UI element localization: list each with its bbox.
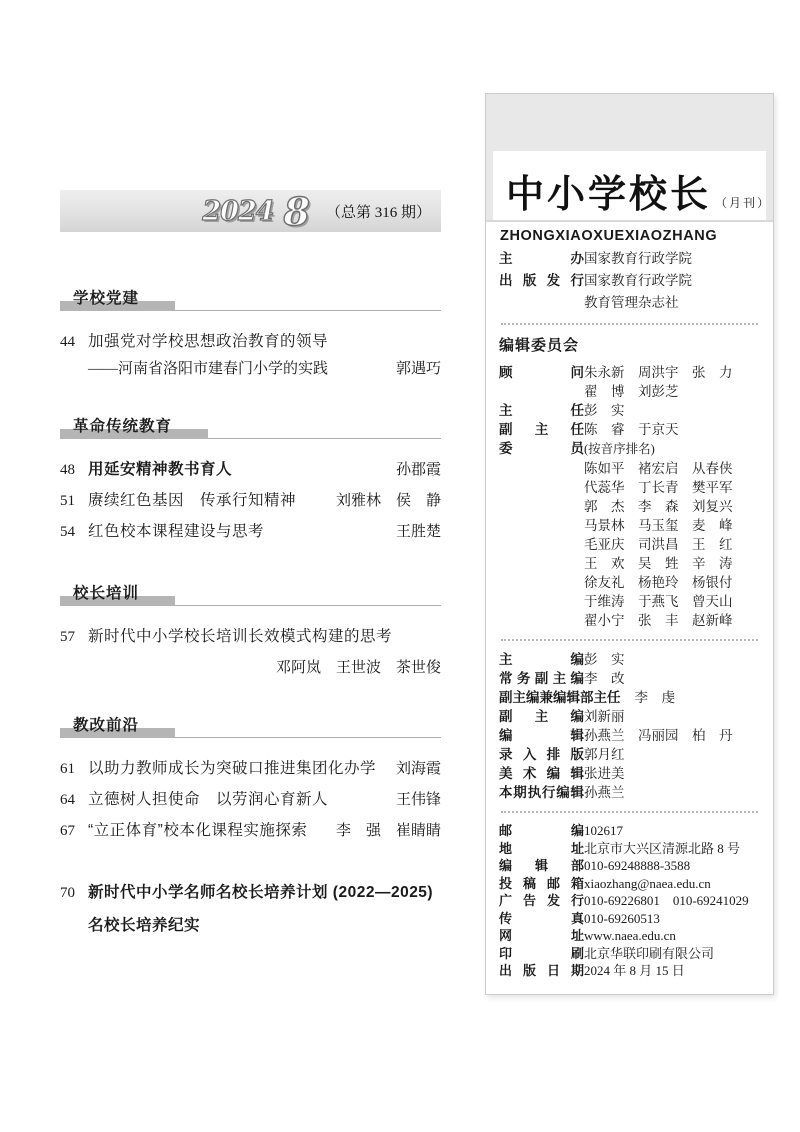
- imprint-row: 邮编 102617: [499, 822, 760, 840]
- committee-row: 翟 博 刘彭芝: [499, 382, 760, 401]
- field-value: 张进美: [584, 764, 625, 783]
- field-label: 地址: [499, 840, 584, 858]
- section-rule: [208, 438, 441, 439]
- field-value: 102617: [584, 822, 623, 840]
- page-number: 51: [60, 492, 88, 510]
- section-rule: [175, 310, 441, 311]
- article-title: “立正体育”校本化课程实施探索: [88, 822, 328, 840]
- field-label: 委员: [499, 439, 584, 458]
- field-label: 出版日期: [499, 962, 584, 980]
- toc-entry: 51 赓续红色基因 传承行知精神 刘雅林 侯 静: [60, 492, 441, 510]
- issue-year: 2024: [202, 196, 273, 227]
- committee-row: 主任 彭 实: [499, 401, 760, 420]
- field-label: 印刷: [499, 945, 584, 963]
- toc-entry: 67 “立正体育”校本化课程实施探索 李 强 崔睛睛: [60, 822, 441, 840]
- section-title: 学校党建: [60, 286, 175, 311]
- field-value: 北京市大兴区清源北路 8 号: [584, 840, 740, 858]
- publisher-row: 出版发行 国家教育行政学院: [499, 270, 760, 292]
- toc-entry: 54 红色校本课程建设与思考 王胜楚: [60, 523, 441, 541]
- section-items: 48 用延安精神教书育人 孙郡霞 51 赓续红色基因 传承行知精神 刘雅林 侯 …: [60, 461, 441, 541]
- section-title: 革命传统教育: [60, 414, 208, 439]
- section-rule: [175, 605, 441, 606]
- field-value: 孙燕兰 冯丽园 柏 丹: [584, 726, 733, 745]
- dotted-divider: [501, 811, 758, 813]
- page-number: 54: [60, 523, 88, 541]
- sorting-note: (按音序排名): [584, 440, 655, 459]
- member-row: 陈如平 褚宏启 从春侠: [584, 459, 760, 478]
- editors-block: 主编 彭 实 常务副主编 李 改 副主编兼编辑部主任 李 虔 副主编 刘新丽 编…: [499, 650, 760, 802]
- article-title-line2: 名校长培养纪实: [88, 913, 441, 935]
- article-title: 赓续红色基因 传承行知精神: [88, 492, 328, 510]
- field-label: 编辑部: [499, 857, 584, 875]
- issue-banner: 2024 8 （总第 316 期）: [60, 190, 441, 232]
- field-label: 美术编辑: [499, 764, 584, 783]
- field-label: 录入排版: [499, 745, 584, 764]
- masthead-panel: 中小学校长 （月刊） ZHONGXIAOXUEXIAOZHANG 主办 国家教育…: [485, 93, 774, 995]
- editor-row: 常务副主编 李 改: [499, 669, 760, 688]
- field-value: 010-69260513: [584, 910, 660, 928]
- section-items: 61 以助力教师成长为突破口推进集团化办学 刘海霞 64 立德树人担使命 以劳润…: [60, 760, 441, 840]
- toc-entry: 64 立德树人担使命 以劳润心育新人 王伟锋: [60, 791, 441, 809]
- member-row: 郭 杰 李 森 刘复兴: [584, 497, 760, 516]
- field-value: 孙燕兰: [584, 783, 625, 802]
- section-header-revolutionary-tradition: 革命传统教育: [60, 414, 441, 439]
- field-label: 网址: [499, 927, 584, 945]
- imprint-row: 地址 北京市大兴区清源北路 8 号: [499, 840, 760, 858]
- field-label: 传真: [499, 910, 584, 928]
- field-label: 出版发行: [499, 270, 584, 292]
- committee-members: 陈如平 褚宏启 从春侠 代蕊华 丁长青 樊平军 郭 杰 李 森 刘复兴 马景林 …: [499, 459, 760, 630]
- imprint-row: 投稿邮箱 xiaozhang@naea.edu.cn: [499, 875, 760, 893]
- toc-entry: 61 以助力教师成长为突破口推进集团化办学 刘海霞: [60, 760, 441, 778]
- member-row: 毛亚庆 司洪昌 王 红: [584, 535, 760, 554]
- field-label: 副主任: [499, 420, 584, 439]
- cumulative-issue-note: （总第 316 期）: [326, 201, 431, 222]
- field-label: 本期执行编辑: [499, 783, 584, 802]
- article-authors: 孙郡霞: [388, 461, 441, 479]
- section-header-education-reform: 教改前沿: [60, 713, 441, 738]
- field-label: 广告发行: [499, 892, 584, 910]
- field-label: 副主编兼编辑部主任: [499, 688, 635, 707]
- imprint-row: 印刷 北京华联印刷有限公司: [499, 945, 760, 963]
- section-items: 44 加强党对学校思想政治教育的领导 ——河南省洛阳市建春门小学的实践 郭遇巧: [60, 333, 441, 378]
- article-title: 新时代中小学名师名校长培养计划 (2022—2025): [88, 884, 441, 902]
- committee-row: 副主任 陈 睿 于京天: [499, 420, 760, 439]
- article-authors: 刘雅林 侯 静: [328, 492, 441, 510]
- section-title: 教改前沿: [60, 713, 175, 738]
- field-value: www.naea.edu.cn: [584, 927, 676, 945]
- page-number: 64: [60, 791, 88, 809]
- section-title: 校长培训: [60, 581, 175, 606]
- member-row: 于维涛 于燕飞 曾天山: [584, 592, 760, 611]
- editor-row: 编辑 孙燕兰 冯丽园 柏 丹: [499, 726, 760, 745]
- committee-row: 委员 (按音序排名): [499, 439, 760, 459]
- field-value: 国家教育行政学院: [584, 248, 692, 270]
- committee-row: 顾问 朱永新 周洪宇 张 力: [499, 363, 760, 382]
- masthead-body: 主办 国家教育行政学院 出版发行 国家教育行政学院 教育管理杂志社 编辑委员会 …: [486, 248, 773, 980]
- imprint-row: 编辑部 010-69248888-3588: [499, 857, 760, 875]
- editor-row: 本期执行编辑 孙燕兰: [499, 783, 760, 802]
- article-authors: 邓阿岚 王世波 茶世俊: [268, 659, 441, 677]
- editor-row: 副主编 刘新丽: [499, 707, 760, 726]
- publisher-extra: 教育管理杂志社: [584, 292, 760, 314]
- dotted-divider: [501, 323, 758, 325]
- article-title: 新时代中小学校长培训长效模式构建的思考: [88, 628, 441, 646]
- field-value: 李 改: [584, 669, 625, 688]
- imprint-block: 邮编 102617 地址 北京市大兴区清源北路 8 号 编辑部 010-6924…: [499, 822, 760, 980]
- toc-entry: 57 新时代中小学校长培训长效模式构建的思考: [60, 628, 441, 646]
- field-value: 李 虔: [635, 688, 676, 707]
- toc-entry: 44 加强党对学校思想政治教育的领导: [60, 333, 441, 351]
- toc-entry-authors-row: 邓阿岚 王世波 茶世俊: [60, 659, 441, 677]
- imprint-row: 网址 www.naea.edu.cn: [499, 927, 760, 945]
- article-authors: 王胜楚: [388, 523, 441, 541]
- editor-row: 美术编辑 张进美: [499, 764, 760, 783]
- member-row: 翟小宁 张 丰 赵新峰: [584, 611, 760, 630]
- issue-number: 8: [284, 189, 310, 234]
- member-row: 马景林 马玉玺 麦 峰: [584, 516, 760, 535]
- field-value: 朱永新 周洪宇 张 力: [584, 363, 733, 382]
- field-value: xiaozhang@naea.edu.cn: [584, 875, 711, 893]
- field-value: 010-69226801 010-69241029: [584, 892, 749, 910]
- field-label: 主编: [499, 650, 584, 669]
- article-title: 红色校本课程建设与思考: [88, 523, 388, 541]
- field-value: 010-69248888-3588: [584, 857, 690, 875]
- committee-heading: 编辑委员会: [499, 334, 760, 355]
- section-header-party-building: 学校党建: [60, 286, 441, 311]
- field-value: 彭 实: [584, 401, 625, 420]
- toc-entry: 48 用延安精神教书育人 孙郡霞: [60, 461, 441, 479]
- imprint-row: 出版日期 2024 年 8 月 15 日: [499, 962, 760, 980]
- field-label: 常务副主编: [499, 669, 584, 688]
- special-feature-entry: 70 新时代中小学名师名校长培养计划 (2022—2025) 名校长培养纪实: [60, 884, 441, 935]
- field-label: 主任: [499, 401, 584, 420]
- masthead-top-band: 中小学校长 （月刊）: [486, 94, 773, 220]
- journal-pinyin: ZHONGXIAOXUEXIAOZHANG: [486, 222, 773, 248]
- page-number: 48: [60, 461, 88, 479]
- imprint-row: 传真 010-69260513: [499, 910, 760, 928]
- article-title: 加强党对学校思想政治教育的领导: [88, 333, 441, 351]
- publisher-row: 主办 国家教育行政学院: [499, 248, 760, 270]
- editor-row: 录入排版 郭月红: [499, 745, 760, 764]
- journal-title-block: 中小学校长 （月刊）: [493, 151, 766, 220]
- field-label: 主办: [499, 248, 584, 270]
- article-title: 以助力教师成长为突破口推进集团化办学: [88, 760, 388, 778]
- field-value: 北京华联印刷有限公司: [584, 945, 714, 963]
- editor-row: 副主编兼编辑部主任 李 虔: [499, 688, 760, 707]
- article-authors: 李 强 崔睛睛: [328, 822, 441, 840]
- member-row: 代蕊华 丁长青 樊平军: [584, 478, 760, 497]
- article-title: 立德树人担使命 以劳润心育新人: [88, 791, 388, 809]
- page-number: 70: [60, 884, 88, 902]
- article-authors: 刘海霞: [388, 760, 441, 778]
- field-value: 2024 年 8 月 15 日: [584, 962, 685, 980]
- toc-column: 2024 8 （总第 316 期） 学校党建 44 加强党对学校思想政治教育的领…: [60, 190, 441, 935]
- article-authors: 王伟锋: [388, 791, 441, 809]
- toc-entry-subtitle-row: ——河南省洛阳市建春门小学的实践 郭遇巧: [60, 360, 441, 378]
- member-row: 王 欢 吴 甡 辛 涛: [584, 554, 760, 573]
- section-header-principal-training: 校长培训: [60, 581, 441, 606]
- toc-entry: 70 新时代中小学名师名校长培养计划 (2022—2025): [60, 884, 441, 902]
- section-items: 57 新时代中小学校长培训长效模式构建的思考 邓阿岚 王世波 茶世俊: [60, 628, 441, 677]
- imprint-row: 广告发行 010-69226801 010-69241029: [499, 892, 760, 910]
- field-label: 投稿邮箱: [499, 875, 584, 893]
- journal-frequency: （月刊）: [715, 194, 771, 211]
- field-value: 刘新丽: [584, 707, 625, 726]
- field-label: 邮编: [499, 822, 584, 840]
- article-authors: 郭遇巧: [388, 360, 441, 378]
- field-value: 国家教育行政学院: [584, 270, 692, 292]
- field-label: 顾问: [499, 363, 584, 382]
- article-title: 用延安精神教书育人: [88, 461, 388, 479]
- field-value: 郭月红: [584, 745, 625, 764]
- member-row: 徐友礼 杨艳玲 杨银付: [584, 573, 760, 592]
- dotted-divider: [501, 639, 758, 641]
- field-value: 陈 睿 于京天: [584, 420, 679, 439]
- field-label: 编辑: [499, 726, 584, 745]
- page-number: 67: [60, 822, 88, 840]
- section-rule: [175, 737, 441, 738]
- article-subtitle: ——河南省洛阳市建春门小学的实践: [88, 360, 388, 378]
- journal-title: 中小学校长: [506, 163, 711, 218]
- page-number: 61: [60, 760, 88, 778]
- field-label: 副主编: [499, 707, 584, 726]
- field-value: 彭 实: [584, 650, 625, 669]
- page-number: 57: [60, 628, 88, 646]
- editor-row: 主编 彭 实: [499, 650, 760, 669]
- field-value: 翟 博 刘彭芝: [584, 382, 679, 401]
- page-number: 44: [60, 333, 88, 351]
